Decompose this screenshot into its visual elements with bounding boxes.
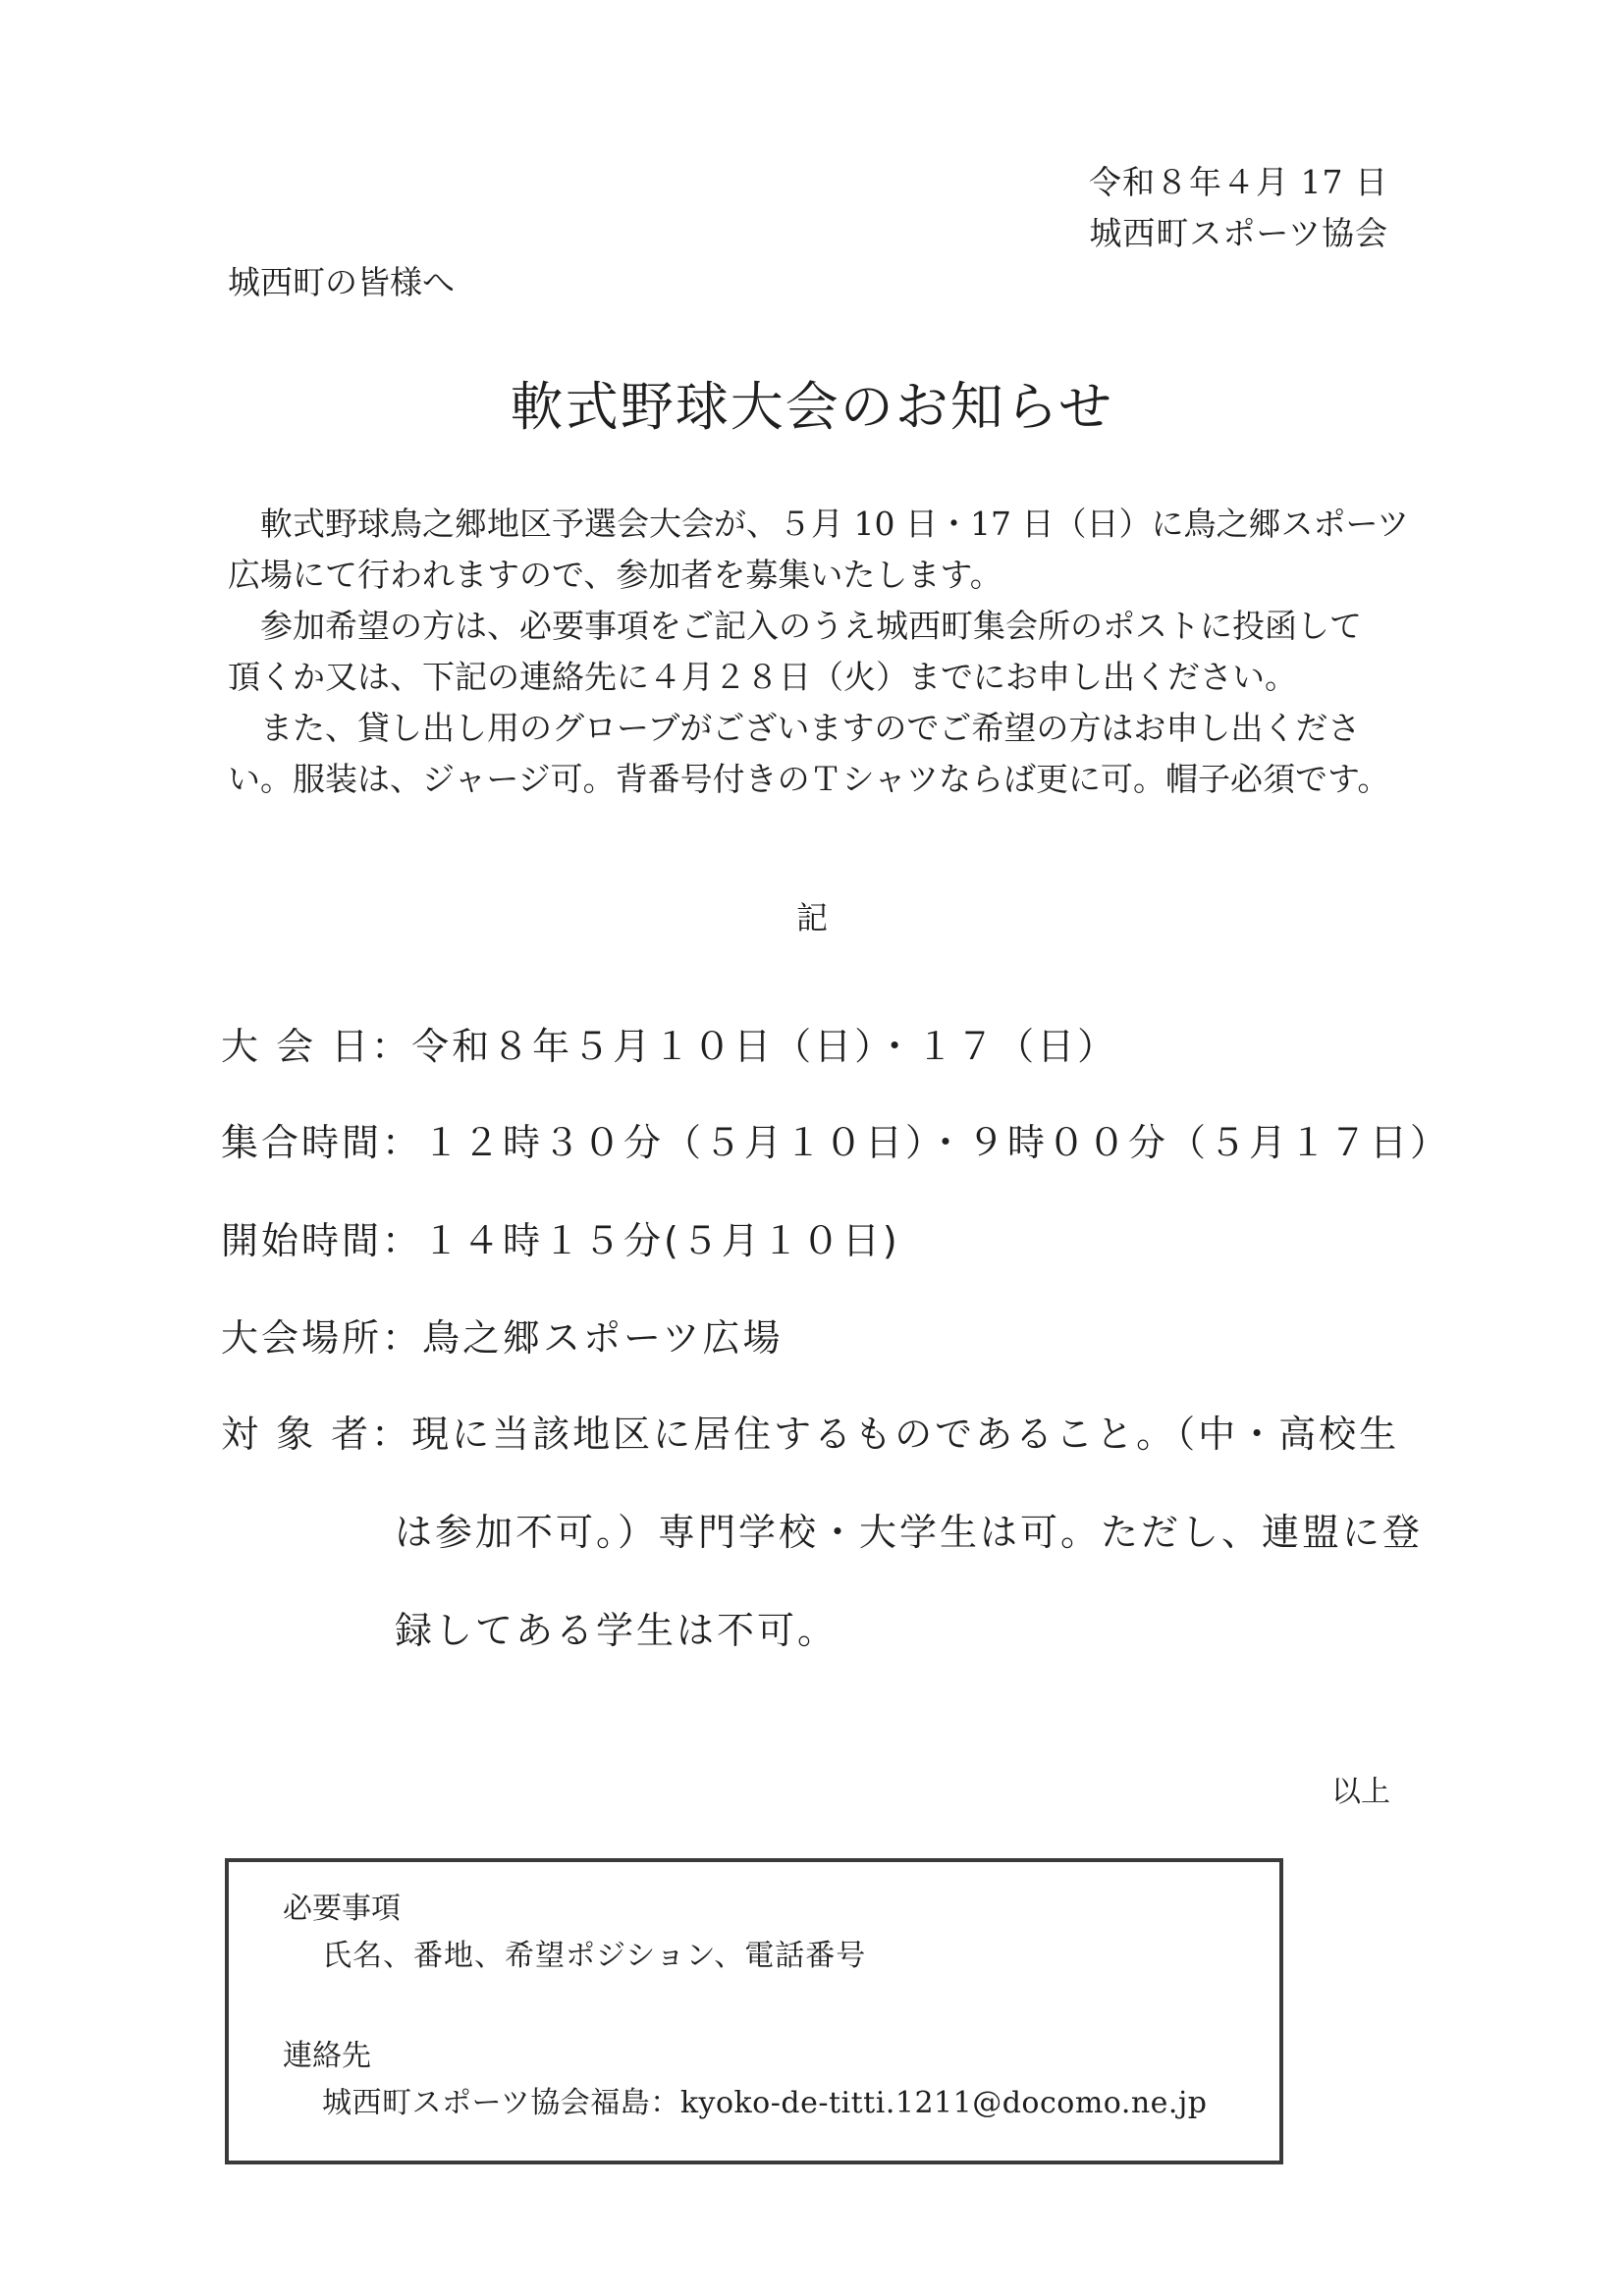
detail-value: １２時３０分（５月１０日）・９時００分（５月１７日） bbox=[422, 1112, 1450, 1166]
addressee: 城西町の皆様へ bbox=[228, 257, 455, 303]
body-line: 広場にて行われますので、参加者を募集いたします。 bbox=[228, 550, 1406, 601]
issuing-organization: 城西町スポーツ協会 bbox=[1089, 208, 1388, 254]
required-items-list: 氏名、番地、希望ポジション、電話番号 bbox=[322, 1931, 866, 1974]
eligibility-continuation: は参加不可。）専門学校・大学生は可。ただし、連盟に登 bbox=[395, 1502, 1423, 1556]
detail-label: 対 象 者： bbox=[221, 1404, 411, 1458]
body-paragraph: 軟式野球鳥之郷地区予選会大会が、５月 10 日・17 日（日）に鳥之郷スポーツ … bbox=[228, 499, 1406, 805]
info-box: 必要事項 氏名、番地、希望ポジション、電話番号 連絡先 城西町スポーツ協会福島：… bbox=[225, 1858, 1283, 2164]
detail-value: 現に当該地区に居住するものであること。（中・高校生 bbox=[411, 1404, 1399, 1458]
detail-label: 大 会 日： bbox=[221, 1016, 411, 1070]
body-line: また、貸し出し用のグローブがございますのでご希望の方はお申し出くださ bbox=[228, 703, 1406, 754]
detail-value: 鳥之郷スポーツ広場 bbox=[422, 1308, 783, 1362]
detail-row-start-time: 開始時間：１４時１５分(５月１０日) bbox=[221, 1210, 900, 1264]
contact-heading: 連絡先 bbox=[283, 2031, 371, 2074]
document-date: 令和８年４月 17 日 bbox=[1089, 157, 1388, 203]
detail-row-date: 大 会 日：令和８年５月１０日（日）・１７（日） bbox=[221, 1016, 1117, 1070]
detail-row-eligibility: 対 象 者：現に当該地区に居住するものであること。（中・高校生 bbox=[221, 1404, 1399, 1458]
contact-email-link[interactable]: kyoko-de-titti.1211@docomo.ne.jp bbox=[680, 2086, 1208, 2120]
detail-label: 開始時間： bbox=[221, 1210, 422, 1264]
eligibility-continuation: 録してある学生は不可。 bbox=[395, 1600, 838, 1654]
ki-heading: 記 bbox=[0, 893, 1624, 938]
detail-label: 集合時間： bbox=[221, 1112, 422, 1166]
detail-row-venue: 大会場所：鳥之郷スポーツ広場 bbox=[221, 1308, 784, 1362]
contact-detail: 城西町スポーツ協会福島：kyoko-de-titti.1211@docomo.n… bbox=[322, 2078, 1207, 2121]
body-line: 頂くか又は、下記の連絡先に４月２８日（火）までにお申し出ください。 bbox=[228, 652, 1406, 703]
detail-value: １４時１５分(５月１０日) bbox=[422, 1210, 900, 1264]
contact-name: 城西町スポーツ協会福島： bbox=[322, 2086, 680, 2120]
closing-ijou: 以上 bbox=[1331, 1767, 1390, 1810]
detail-row-assembly-time: 集合時間：１２時３０分（５月１０日）・９時００分（５月１７日） bbox=[221, 1112, 1450, 1166]
detail-label: 大会場所： bbox=[221, 1308, 422, 1362]
body-line: い。服装は、ジャージ可。背番号付きのＴシャツならば更に可。帽子必須です。 bbox=[228, 754, 1406, 805]
body-line: 軟式野球鳥之郷地区予選会大会が、５月 10 日・17 日（日）に鳥之郷スポーツ bbox=[228, 499, 1406, 550]
body-line: 参加希望の方は、必要事項をご記入のうえ城西町集会所のポストに投函して bbox=[228, 601, 1406, 652]
page-title: 軟式野球大会のお知らせ bbox=[0, 365, 1624, 441]
required-items-heading: 必要事項 bbox=[283, 1884, 401, 1927]
detail-value: 令和８年５月１０日（日）・１７（日） bbox=[411, 1016, 1117, 1070]
